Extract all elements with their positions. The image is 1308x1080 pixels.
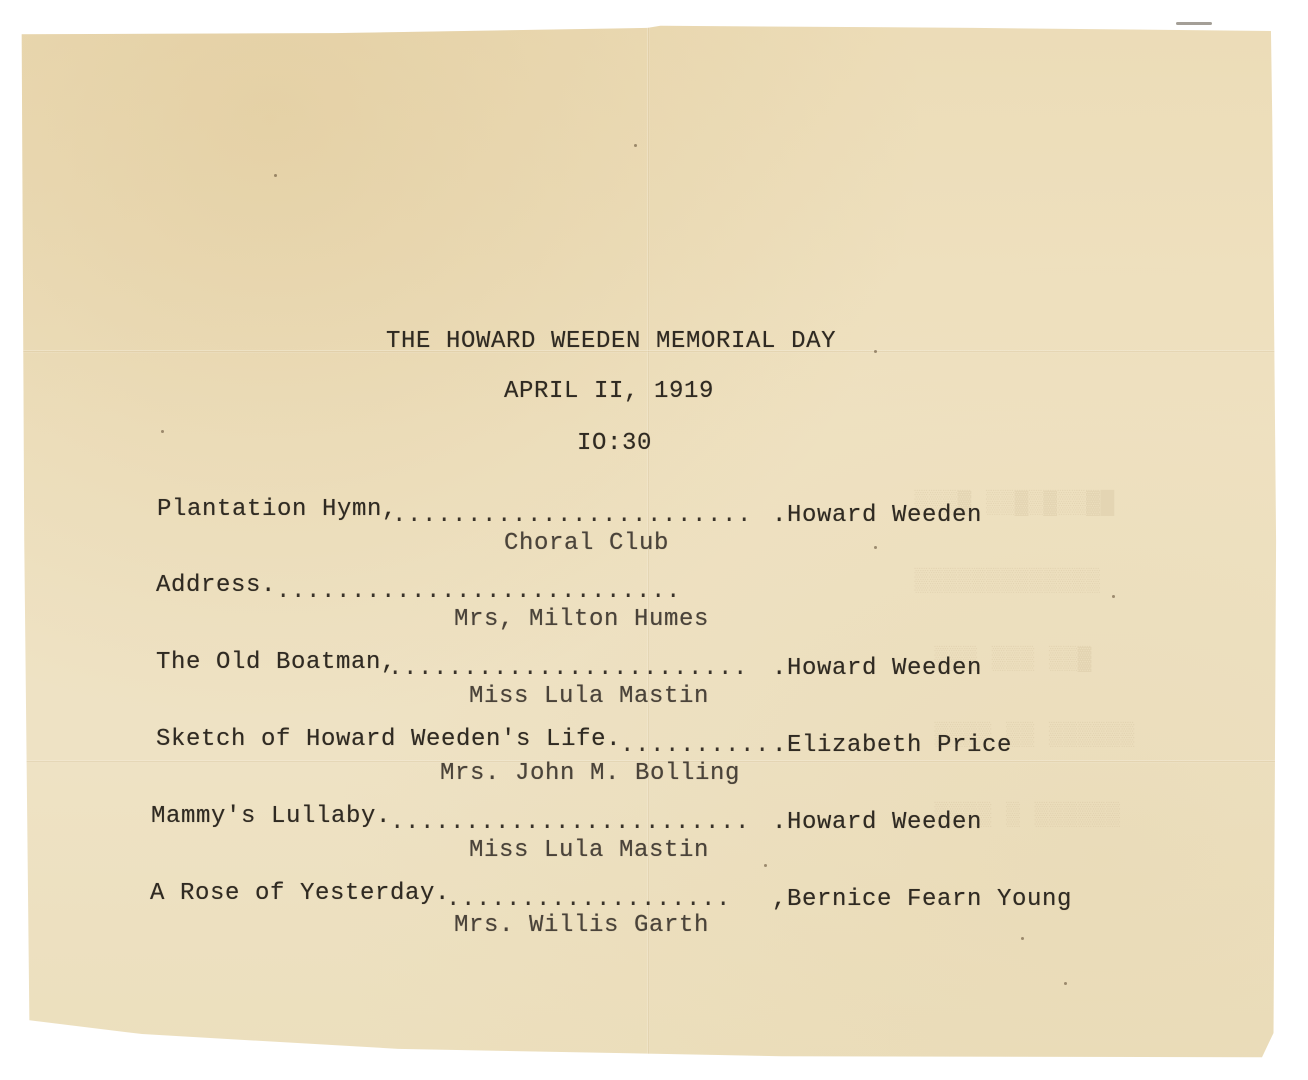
document-time: IO:30 xyxy=(577,430,652,457)
photo-stage: █▓▒▒▓▒▓▒▒ ▓▒▒▒ ▒▒▒▒▒▒▒▒▒▒▒▒▒ ▓▒▒ ▒▒▒ ▒▒▒… xyxy=(0,0,1308,1080)
paper-speck xyxy=(634,144,637,147)
paper-speck xyxy=(874,350,877,353)
document-date: APRIL II, 1919 xyxy=(504,378,714,405)
paper-speck xyxy=(1021,937,1024,940)
program-item-composer: .Elizabeth Price xyxy=(772,732,1012,759)
program-item-composer: .Howard Weeden xyxy=(772,502,982,529)
program-item-performer: Miss Lula Mastin xyxy=(469,683,709,710)
dotted-leader: ........................ xyxy=(390,809,784,836)
dotted-leader: ................... xyxy=(446,886,784,913)
dotted-leader: ........................ xyxy=(388,655,784,682)
dotted-leader: .......... xyxy=(620,732,784,759)
paper-speck xyxy=(874,546,877,549)
program-item-title: Plantation Hymn, xyxy=(157,496,397,523)
aged-paper-sheet: █▓▒▒▓▒▓▒▒ ▓▒▒▒ ▒▒▒▒▒▒▒▒▒▒▒▒▒ ▓▒▒ ▒▒▒ ▒▒▒… xyxy=(14,12,1294,1070)
document-title: THE HOWARD WEEDEN MEMORIAL DAY xyxy=(386,328,836,355)
dotted-leader: ........................... xyxy=(276,578,781,605)
program-item-performer: Choral Club xyxy=(504,530,669,557)
program-item-title: A Rose of Yesterday. xyxy=(150,880,450,907)
program-item-performer: Mrs. Willis Garth xyxy=(454,912,709,939)
program-item-performer: Mrs, Milton Humes xyxy=(454,606,709,633)
paper-speck xyxy=(1112,595,1115,598)
paper-speck xyxy=(274,174,277,177)
program-item-title: Sketch of Howard Weeden's Life. xyxy=(156,726,621,753)
program-item-title: The Old Boatman, xyxy=(156,649,396,676)
program-item-composer: ,Bernice Fearn Young xyxy=(772,886,1072,913)
program-item-performer: Miss Lula Mastin xyxy=(469,837,709,864)
program-item-composer: .Howard Weeden xyxy=(772,655,982,682)
program-item-title: Address. xyxy=(156,572,276,599)
paper-speck xyxy=(161,430,164,433)
program-item-performer: Mrs. John M. Bolling xyxy=(440,760,740,787)
dotted-leader: ........................ xyxy=(392,502,784,529)
paper-speck xyxy=(1064,982,1067,985)
ink-smudge-mark xyxy=(1176,22,1212,25)
paper-speck xyxy=(764,864,767,867)
program-item-title: Mammy's Lullaby. xyxy=(151,803,391,830)
program-item-composer: .Howard Weeden xyxy=(772,809,982,836)
bleed-through-text: ▒▒▒▒▒▒▒▒▒▒▒▒▒ xyxy=(914,568,1100,594)
